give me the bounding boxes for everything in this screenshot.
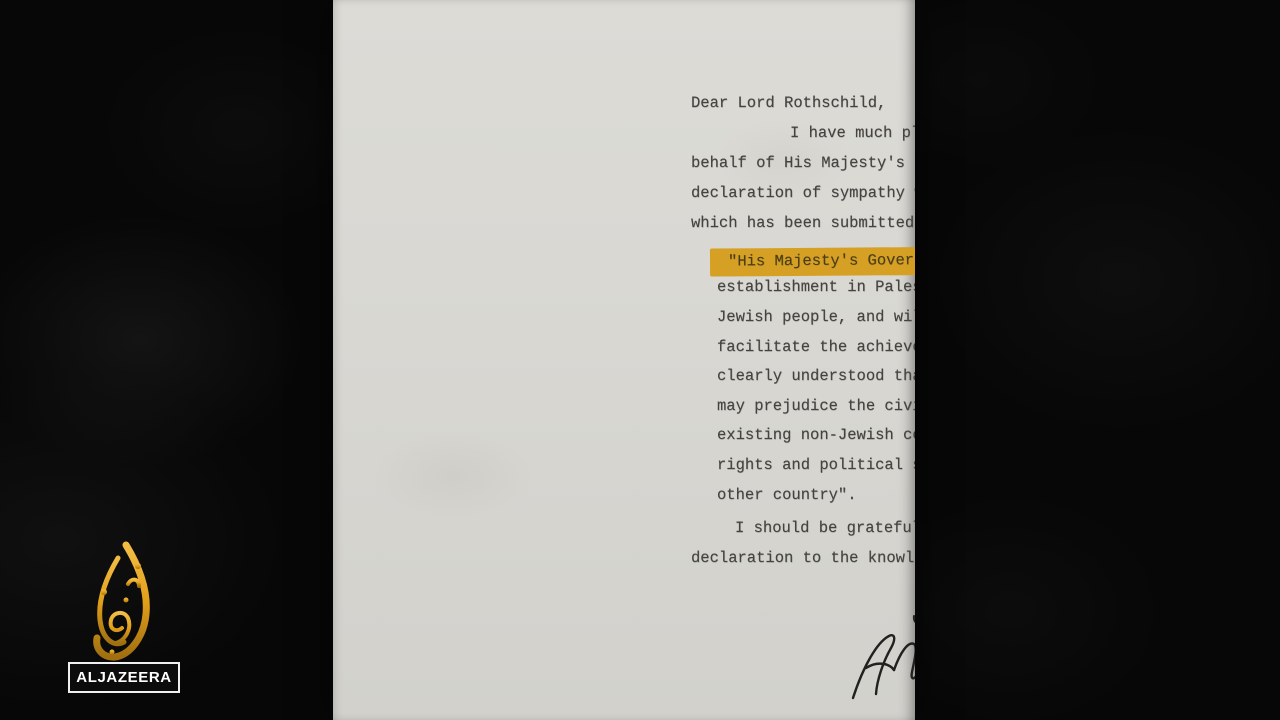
letter-line: establishment in Palestine of a national…: [717, 277, 915, 297]
handwritten-closing: [914, 582, 915, 624]
channel-name: ALJAZEERA: [76, 669, 171, 686]
letter-line: "His Majesty's Government view with favo…: [728, 247, 915, 275]
letter-line: existing non-Jewish communities in Pales…: [717, 425, 915, 445]
aljazeera-logo-icon: [82, 540, 162, 665]
letter-line: other country".: [717, 485, 857, 505]
video-frame: Foreign Office,November 2nd, 1917.Dear L…: [0, 0, 1280, 720]
letter-line: behalf of His Majesty's Government, the …: [691, 153, 915, 173]
letter-line: facilitate the achievement of this objec…: [717, 337, 915, 357]
letter-line: clearly understood that nothing shall be…: [717, 366, 915, 386]
letter-line: which has been submitted to, and approve…: [691, 213, 915, 233]
letter-line: I should be grateful if you would bring …: [735, 518, 915, 538]
letter-line: Jewish people, and will use their best e…: [717, 307, 915, 327]
letter-line: declaration to the knowledge of the Zion…: [691, 548, 915, 568]
letter-line: declaration of sympathy with Jewish Zion…: [691, 183, 915, 203]
aljazeera-wordmark: ALJAZEERA: [68, 662, 180, 693]
letter-line: Dear Lord Rothschild,: [691, 93, 886, 113]
letter-line: rights and political status enjoyed by J…: [717, 455, 915, 475]
letter-line: may prejudice the civil and religious ri…: [717, 396, 915, 416]
paper-stain: [373, 430, 533, 520]
highlighted-text: "His Majesty's Government view with favo…: [710, 245, 915, 276]
letter-line: I have much pleasure in conveying to you…: [790, 123, 915, 143]
balfour-signature: [833, 572, 915, 720]
letter-document: Foreign Office,November 2nd, 1917.Dear L…: [333, 0, 915, 720]
